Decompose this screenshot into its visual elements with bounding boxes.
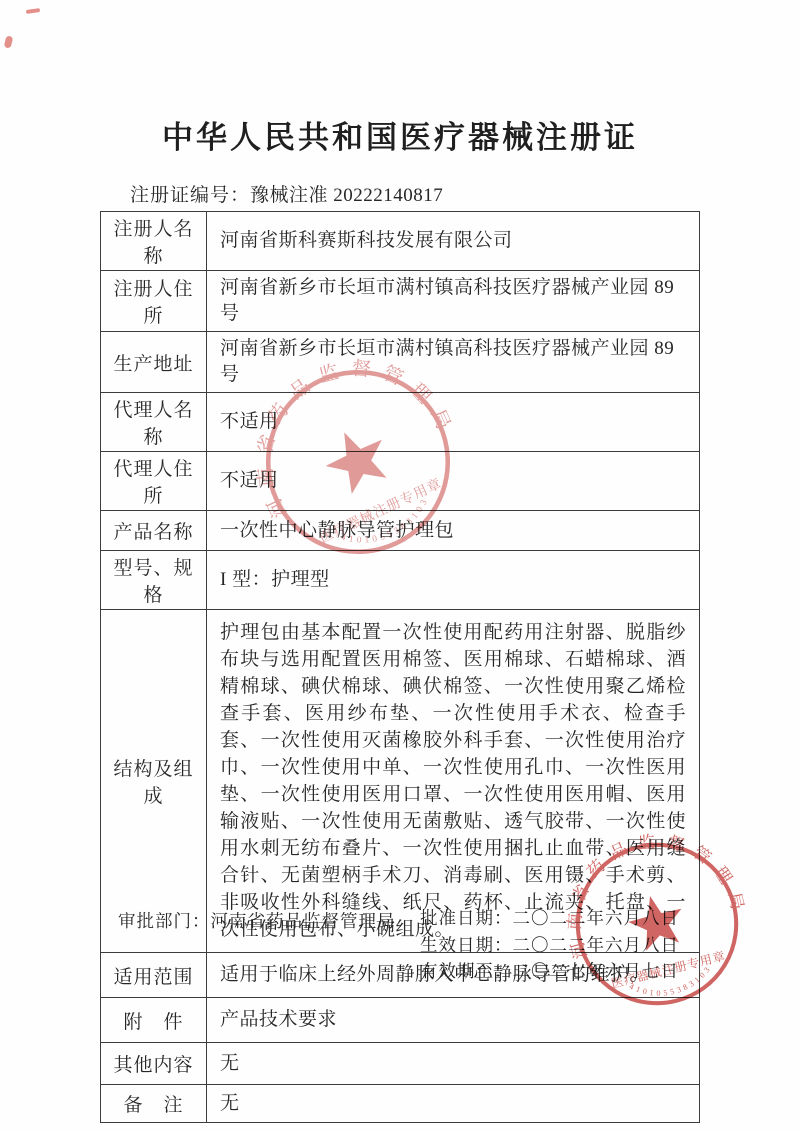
- table-row: 代理人住所 不适用: [101, 452, 700, 511]
- row-value: 河南省新乡市长垣市满村镇高科技医疗器械产业园 89 号: [207, 271, 700, 332]
- date-block: 批准日期：二〇二二年六月八日 生效日期：二〇二二年六月八日 有效期至：二〇二七年…: [420, 905, 679, 985]
- row-label: 生产地址: [101, 332, 207, 393]
- scan-artifact-mark: [26, 8, 40, 14]
- scan-artifact-mark: [4, 35, 14, 48]
- approval-department-value: 河南省药品监督管理局: [211, 911, 396, 931]
- certificate-number-value: 豫械注准 20222140817: [250, 185, 443, 206]
- row-label: 结构及组成: [101, 610, 207, 953]
- table-row: 结构及组成 护理包由基本配置一次性使用配药用注射器、脱脂纱布块与选用配置医用棉签…: [101, 610, 700, 953]
- approval-date-label: 批准日期：: [420, 908, 513, 928]
- table-row: 附 件 产品技术要求: [101, 998, 700, 1043]
- row-value: 不适用: [207, 452, 700, 511]
- row-value: 不适用: [207, 393, 700, 452]
- row-value: 河南省新乡市长垣市满村镇高科技医疗器械产业园 89 号: [207, 332, 700, 393]
- row-value: 无: [207, 1043, 700, 1085]
- effective-date-line: 生效日期：二〇二二年六月八日: [420, 932, 679, 959]
- row-value: 一次性中心静脉导管护理包: [207, 511, 700, 551]
- table-row: 备 注 无: [101, 1085, 700, 1123]
- approval-date-value: 二〇二二年六月八日: [513, 908, 680, 928]
- approval-department-label: 审批部门：: [118, 911, 211, 931]
- certificate-page: 中华人民共和国医疗器械注册证 注册证编号：豫械注准 20222140817 注册…: [0, 0, 800, 1131]
- document-title: 中华人民共和国医疗器械注册证: [0, 112, 800, 157]
- certificate-table: 注册人名称 河南省斯科赛斯科技发展有限公司 注册人住所 河南省新乡市长垣市满村镇…: [100, 211, 700, 1123]
- table-row: 注册人住所 河南省新乡市长垣市满村镇高科技医疗器械产业园 89 号: [101, 271, 700, 332]
- certificate-number-label: 注册证编号：: [130, 185, 250, 206]
- table-row: 注册人名称 河南省斯科赛斯科技发展有限公司: [101, 212, 700, 271]
- table-row: 生产地址 河南省新乡市长垣市满村镇高科技医疗器械产业园 89 号: [101, 332, 700, 393]
- table-row: 型号、规格 I 型：护理型: [101, 551, 700, 610]
- row-value: 产品技术要求: [207, 998, 700, 1043]
- row-label: 备 注: [101, 1085, 207, 1123]
- effective-date-value: 二〇二二年六月八日: [513, 935, 680, 955]
- row-label: 注册人名称: [101, 212, 207, 271]
- row-value: 护理包由基本配置一次性使用配药用注射器、脱脂纱布块与选用配置医用棉签、医用棉球、…: [207, 610, 700, 953]
- row-label: 代理人名称: [101, 393, 207, 452]
- table-row: 其他内容 无: [101, 1043, 700, 1085]
- row-label: 代理人住所: [101, 452, 207, 511]
- row-label: 附 件: [101, 998, 207, 1043]
- expiry-date-value: 二〇二七年六月七日: [513, 961, 680, 981]
- row-value: 无: [207, 1085, 700, 1123]
- row-label: 适用范围: [101, 953, 207, 998]
- row-label: 型号、规格: [101, 551, 207, 610]
- row-label: 注册人住所: [101, 271, 207, 332]
- expiry-date-line: 有效期至：二〇二七年六月七日: [420, 958, 679, 985]
- effective-date-label: 生效日期：: [420, 935, 513, 955]
- row-label: 产品名称: [101, 511, 207, 551]
- expiry-date-label: 有效期至：: [420, 961, 513, 981]
- row-label: 其他内容: [101, 1043, 207, 1085]
- approval-department-line: 审批部门：河南省药品监督管理局: [118, 908, 396, 933]
- table-row: 产品名称 一次性中心静脉导管护理包: [101, 511, 700, 551]
- table-row: 代理人名称 不适用: [101, 393, 700, 452]
- approval-date-line: 批准日期：二〇二二年六月八日: [420, 905, 679, 932]
- row-value: 河南省斯科赛斯科技发展有限公司: [207, 212, 700, 271]
- certificate-number-line: 注册证编号：豫械注准 20222140817: [130, 180, 443, 207]
- row-value: I 型：护理型: [207, 551, 700, 610]
